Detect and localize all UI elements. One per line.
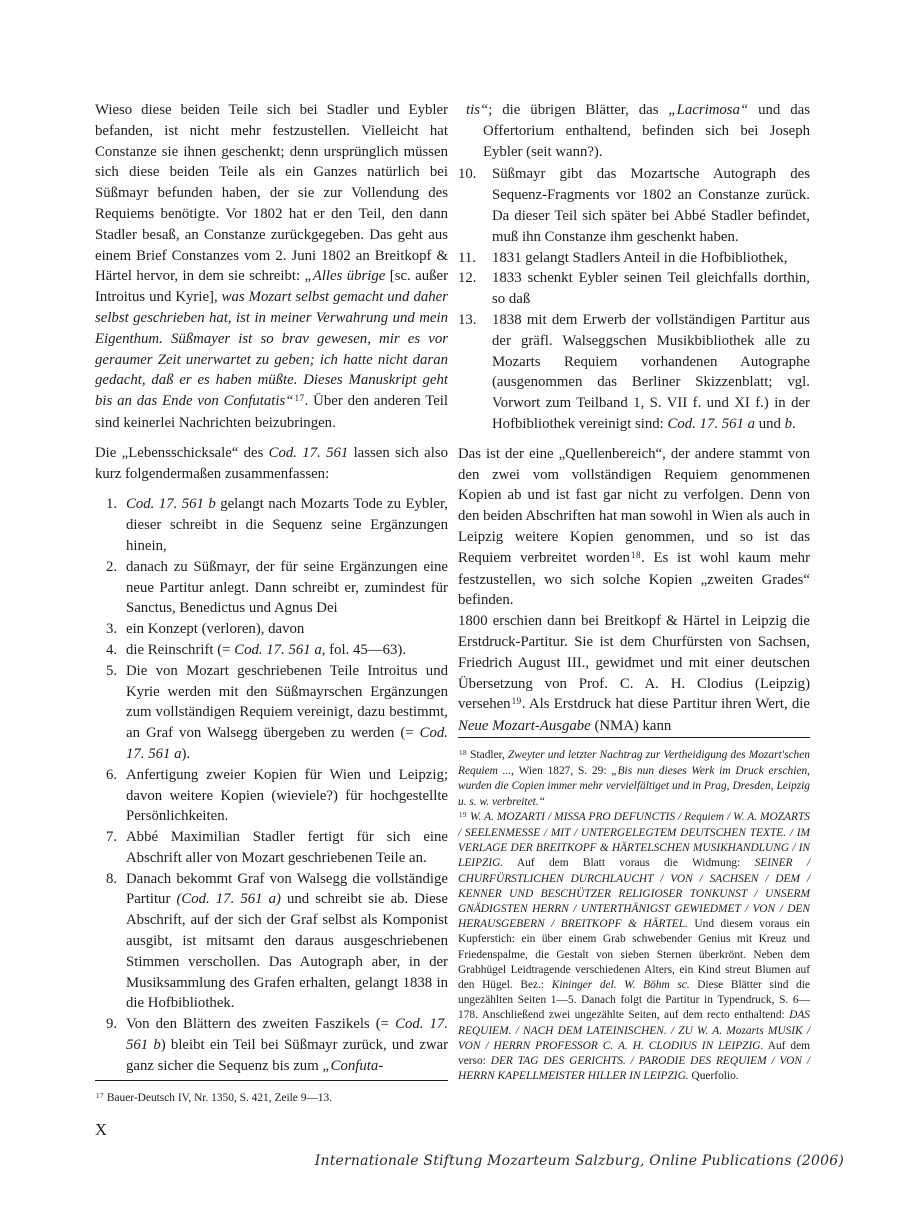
item-text: Abbé Maximilian Stadler fertigt für sich…: [126, 827, 448, 869]
item-text: 1833 schenkt Eybler seinen Teil gleichfa…: [492, 268, 810, 310]
item-number: 9.: [106, 1014, 126, 1076]
item-number: 10.: [458, 164, 492, 247]
item-number: 7.: [106, 827, 126, 869]
item-number: 5.: [106, 661, 126, 765]
item-text: danach zu Süßmayr, der für seine Ergänzu…: [126, 557, 448, 619]
paragraph-quellenbereich: Das ist der eine „Quellenbereich“, der a…: [458, 444, 810, 611]
list-item: 10. Süßmayr gibt das Mozartsche Autograp…: [458, 164, 810, 247]
item-text: Süßmayr gibt das Mozartsche Autograph de…: [492, 164, 810, 247]
list-item: 13. 1838 mit dem Erwerb der vollständige…: [458, 310, 810, 435]
list-item: 3. ein Konzept (verloren), davon: [95, 619, 448, 640]
list-item: 8. Danach bekommt Graf von Walsegg die v…: [95, 869, 448, 1015]
list-item: 2. danach zu Süßmayr, der für seine Ergä…: [95, 557, 448, 619]
paragraph-item9-continuation: tis“; die übrigen Blätter, das „Lacrimos…: [458, 100, 810, 162]
footnote-rule: [95, 1080, 448, 1081]
item-number: 11.: [458, 248, 492, 269]
footnote-18: 18 Stadler, Zweyter und letzter Nachtrag…: [458, 748, 810, 810]
item-number: 8.: [106, 869, 126, 1015]
list-item: 1. Cod. 17. 561 b gelangt nach Mozarts T…: [95, 494, 448, 556]
paragraph-intro: Wieso diese beiden Teile sich bei Stadle…: [95, 100, 448, 434]
item-text: 1838 mit dem Erwerb der vollständigen Pa…: [492, 310, 810, 435]
list-item: 6. Anfertigung zweier Kopien für Wien un…: [95, 765, 448, 827]
item-number: 2.: [106, 557, 126, 619]
item-number: 3.: [106, 619, 126, 640]
numbered-list-right: 10. Süßmayr gibt das Mozartsche Autograp…: [458, 164, 810, 434]
footnote-block-left: 17 Bauer-Deutsch IV, Nr. 1350, S. 421, Z…: [95, 1080, 448, 1107]
scanned-book-page: Wieso diese beiden Teile sich bei Stadle…: [0, 0, 900, 1222]
page-number: X: [95, 1120, 107, 1140]
right-column: tis“; die übrigen Blätter, das „Lacrimos…: [458, 100, 810, 737]
list-item: 11. 1831 gelangt Stadlers Anteil in die …: [458, 248, 810, 269]
item-text: Cod. 17. 561 b gelangt nach Mozarts Tode…: [126, 494, 448, 556]
item-text: Die von Mozart geschriebenen Teile Intro…: [126, 661, 448, 765]
item-text: 1831 gelangt Stadlers Anteil in die Hofb…: [492, 248, 810, 269]
item-number: 6.: [106, 765, 126, 827]
list-item: 5. Die von Mozart geschriebenen Teile In…: [95, 661, 448, 765]
item-text: die Reinschrift (= Cod. 17. 561 a, fol. …: [126, 640, 448, 661]
numbered-list-left: 1. Cod. 17. 561 b gelangt nach Mozarts T…: [95, 494, 448, 1076]
item-text: Danach bekommt Graf von Walsegg die voll…: [126, 869, 448, 1015]
item-text: ein Konzept (verloren), davon: [126, 619, 448, 640]
item-number: 13.: [458, 310, 492, 435]
item-number: 4.: [106, 640, 126, 661]
item-text: Anfertigung zweier Kopien für Wien und L…: [126, 765, 448, 827]
list-item: 9. Von den Blättern des zweiten Faszikel…: [95, 1014, 448, 1076]
list-item: 7. Abbé Maximilian Stadler fertigt für s…: [95, 827, 448, 869]
list-item: 12. 1833 schenkt Eybler seinen Teil glei…: [458, 268, 810, 310]
list-item: 4. die Reinschrift (= Cod. 17. 561 a, fo…: [95, 640, 448, 661]
paragraph-erstdruck: 1800 erschien dann bei Breitkopf & Härte…: [458, 611, 810, 737]
item-number: 12.: [458, 268, 492, 310]
footnote-block-right: 18 Stadler, Zweyter und letzter Nachtrag…: [458, 737, 810, 1084]
footnote-rule: [458, 737, 810, 738]
item-text: Von den Blättern des zweiten Faszikels (…: [126, 1014, 448, 1076]
footer-credit: Internationale Stiftung Mozarteum Salzbu…: [315, 1153, 844, 1169]
footnote-19: 19 W. A. MOZARTI / MISSA PRO DEFUNCTIS /…: [458, 810, 810, 1085]
left-column: Wieso diese beiden Teile sich bei Stadle…: [95, 100, 448, 1077]
footnote-17: 17 Bauer-Deutsch IV, Nr. 1350, S. 421, Z…: [95, 1091, 448, 1107]
paragraph-lebensschicksale: Die „Lebensschicksale“ des Cod. 17. 561 …: [95, 443, 448, 485]
item-number: 1.: [106, 494, 126, 556]
